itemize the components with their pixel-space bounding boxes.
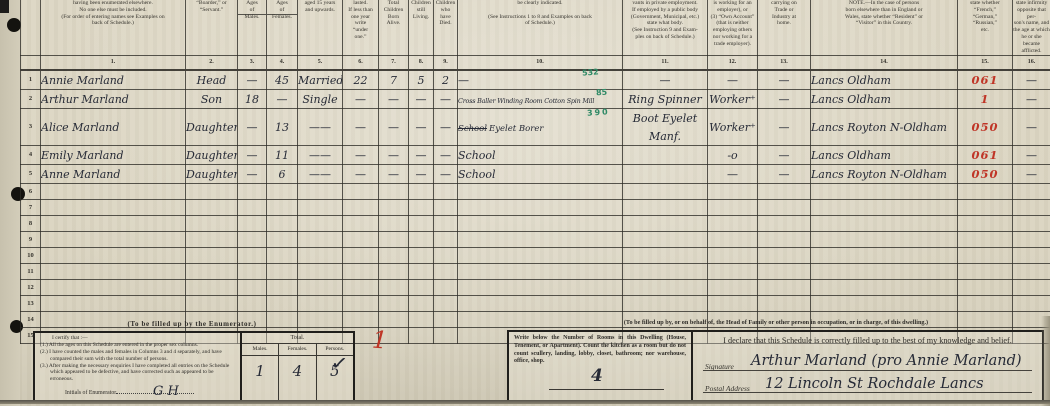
marriage-cell: ——: [298, 145, 343, 164]
column-header-4: Ages of Females.: [267, 0, 298, 55]
rooms-instruction: Write below the Number of Rooms in this …: [514, 335, 686, 364]
entry-text: —: [247, 74, 258, 87]
age-males-cell: [238, 263, 267, 279]
entry-text: ——: [309, 121, 331, 134]
table-row: 1Annie MarlandHead—45Married22752————Lan…: [21, 70, 1050, 90]
years-married-cell: [343, 199, 379, 215]
entry-text: Eyelet Borer: [489, 124, 543, 134]
column-number-13: 13.: [758, 55, 811, 70]
infirmity-cell: —: [1013, 108, 1050, 145]
industry-cell: [623, 279, 708, 295]
children-living-cell: [409, 295, 434, 311]
row-number: 2: [21, 89, 41, 108]
declaration-panel: I declare that this Schedule is correctl…: [693, 332, 1042, 401]
relationship-cell: [186, 215, 238, 231]
column-number-8: 8.: [409, 55, 434, 70]
marriage-cell: [298, 215, 343, 231]
occupation-cell: School: [458, 164, 623, 183]
entry-text: Alice Marland: [41, 121, 119, 134]
column-header-5: aged 15 years and upwards.: [298, 0, 343, 55]
row-number: 4: [21, 145, 41, 164]
column-number-15: 15.: [958, 55, 1013, 70]
age-males-cell: [238, 279, 267, 295]
total-checkmark: ✓: [329, 350, 349, 376]
entry-text: 050: [971, 120, 998, 134]
entry-text: —: [247, 168, 258, 181]
nationality-code-cell: [958, 263, 1013, 279]
nationality-code-cell: [958, 279, 1013, 295]
at-home-cell: [758, 231, 811, 247]
marriage-cell: ——: [298, 108, 343, 145]
entry-text: —: [355, 121, 366, 134]
entry-text: 18: [245, 93, 259, 106]
table-row: 12: [21, 279, 1050, 295]
employment-status-cell: [708, 247, 758, 263]
nationality-code-cell: 1: [958, 89, 1013, 108]
enumerator-initials-value: G H: [153, 385, 179, 398]
at-home-cell: [758, 183, 811, 199]
column-number-12: 12.: [708, 55, 758, 70]
age-females-cell: [267, 295, 298, 311]
at-home-cell: [758, 279, 811, 295]
entry-text: Arthur Marland: [41, 93, 129, 106]
years-married-cell: [343, 295, 379, 311]
column-number-16: 16.: [1013, 55, 1050, 70]
column-number-7: 7.: [379, 55, 409, 70]
years-married-cell: [343, 231, 379, 247]
name-cell: Alice Marland: [41, 108, 186, 145]
column-header-14: NOTE.—In the case of persons born elsewh…: [811, 0, 958, 55]
column-header-7: Total Children Born Alive.: [379, 0, 409, 55]
marriage-cell: [298, 279, 343, 295]
age-males-cell: —: [238, 108, 267, 145]
at-home-cell: [758, 295, 811, 311]
entry-text: 22: [354, 74, 368, 87]
entry-text: —: [660, 74, 671, 87]
rooms-panel: Write below the Number of Rooms in this …: [509, 332, 693, 401]
nationality-code-cell: [958, 183, 1013, 199]
column-header-16: state infirmity opposite that per- son's…: [1013, 0, 1050, 55]
employment-status-cell: [708, 183, 758, 199]
nationality-code-cell: 050: [958, 164, 1013, 183]
total-males-value: 1: [242, 356, 279, 400]
entry-text: —: [416, 93, 427, 106]
birthplace-cell: Lancs Oldham: [811, 70, 958, 90]
entry-text: 2: [442, 74, 449, 87]
row-number: 5: [21, 164, 41, 183]
employment-status-cell: Worker⁺: [708, 108, 758, 145]
entry-text: —: [388, 149, 399, 162]
relationship-cell: [186, 263, 238, 279]
children-died-cell: [434, 199, 458, 215]
entry-text: School: [458, 168, 496, 181]
infirmity-cell: —: [1013, 164, 1050, 183]
occupation-cell: [458, 183, 623, 199]
marriage-cell: ——: [298, 164, 343, 183]
age-females-cell: [267, 215, 298, 231]
nationality-code-cell: [958, 231, 1013, 247]
age-males-cell: [238, 215, 267, 231]
industry-cell: [623, 215, 708, 231]
entry-text: Worker⁺: [709, 121, 756, 134]
occupation-cell: [458, 215, 623, 231]
entry-text: —: [779, 74, 790, 87]
entry-text: —: [458, 74, 469, 87]
children-born-cell: [379, 183, 409, 199]
infirmity-cell: —: [1013, 145, 1050, 164]
age-females-cell: [267, 199, 298, 215]
birthplace-cell: [811, 183, 958, 199]
table-row: 5Anne MarlandDaughter—6——————School——Lan…: [21, 164, 1050, 183]
entry-text: -o: [727, 149, 737, 162]
entry-text: 061: [971, 73, 998, 87]
certify-item-2: (2.) I have counted the males and female…: [38, 349, 237, 363]
age-females-cell: 45: [267, 70, 298, 90]
industry-cell: [623, 247, 708, 263]
entry-text: ——: [309, 168, 331, 181]
enumerator-box: I certify that :— (1.) All the ages on t…: [33, 331, 355, 402]
entry-text: 45: [275, 74, 289, 87]
entry-text: Lancs Oldham: [811, 93, 891, 106]
struck-entry: School: [458, 124, 487, 134]
children-died-cell: 2: [434, 70, 458, 90]
age-males-cell: [238, 231, 267, 247]
nationality-code-cell: 061: [958, 145, 1013, 164]
entry-text: —: [1026, 93, 1037, 106]
years-married-cell: [343, 215, 379, 231]
nationality-code-cell: 050: [958, 108, 1013, 145]
name-cell: [41, 247, 186, 263]
industry-cell: Boot Eyelet Manf.: [623, 108, 708, 145]
birthplace-cell: [811, 215, 958, 231]
birthplace-cell: Lancs Oldham: [811, 89, 958, 108]
children-living-cell: [409, 279, 434, 295]
marriage-cell: [298, 247, 343, 263]
children-born-cell: —: [379, 145, 409, 164]
row-number: 7: [21, 199, 41, 215]
column-header-15: state whether “French,” “German,” “Russi…: [958, 0, 1013, 55]
children-living-cell: [409, 311, 434, 327]
at-home-cell: [758, 199, 811, 215]
enumerator-section-title: (To be filled up by the Enumerator.): [33, 320, 351, 328]
entry-text: Anne Marland: [41, 168, 120, 181]
industry-cell: [623, 199, 708, 215]
children-born-cell: [379, 311, 409, 327]
children-died-cell: [434, 215, 458, 231]
entry-text: Lancs Royton N-Oldham: [811, 121, 947, 134]
entry-text: —: [247, 149, 258, 162]
name-cell: Arthur Marland: [41, 89, 186, 108]
infirmity-cell: [1013, 279, 1050, 295]
relationship-cell: Son: [186, 89, 238, 108]
column-header-3: Ages of Males.: [238, 0, 267, 55]
children-living-cell: [409, 215, 434, 231]
at-home-cell: [758, 247, 811, 263]
row-number: 10: [21, 247, 41, 263]
children-died-cell: —: [434, 164, 458, 183]
industry-cell: [623, 295, 708, 311]
entry-text: —: [440, 168, 451, 181]
entry-text: 050: [971, 167, 998, 181]
column-header-1: having been enumerated elsewhere. No one…: [41, 0, 186, 55]
column-number-14: 14.: [811, 55, 958, 70]
employment-status-cell: —: [708, 164, 758, 183]
occupation-cell: [458, 263, 623, 279]
birthplace-cell: [811, 231, 958, 247]
entry-text: 6: [279, 168, 286, 181]
row-number: 9: [21, 231, 41, 247]
name-cell: [41, 263, 186, 279]
certify-item-1: (1.) All the ages on this Schedule are e…: [38, 342, 237, 349]
employment-status-cell: [708, 263, 758, 279]
children-living-cell: —: [409, 145, 434, 164]
marriage-cell: [298, 183, 343, 199]
entry-text: Single: [302, 93, 337, 106]
entry-text: Head: [197, 74, 227, 87]
table-row: 9: [21, 231, 1050, 247]
employment-status-cell: -o: [708, 145, 758, 164]
occupation-cell: [458, 199, 623, 215]
children-died-cell: [434, 311, 458, 327]
name-cell: Emily Marland: [41, 145, 186, 164]
relationship-cell: Daughter: [186, 145, 238, 164]
column-header-11: vants in private employment. If employed…: [623, 0, 708, 55]
column-header-2: “Boarder,” or “Servant.”: [186, 0, 238, 55]
entry-text: —: [779, 168, 790, 181]
employment-status-cell: Worker⁺: [708, 89, 758, 108]
children-died-cell: [434, 279, 458, 295]
entry-text: —: [779, 149, 790, 162]
children-died-cell: [434, 183, 458, 199]
age-females-cell: [267, 263, 298, 279]
nationality-code-cell: [958, 215, 1013, 231]
children-living-cell: —: [409, 108, 434, 145]
totals-header-females: Females.: [279, 344, 316, 355]
infirmity-cell: [1013, 247, 1050, 263]
entry-text: ——: [309, 149, 331, 162]
at-home-cell: [758, 263, 811, 279]
total-females-value: 4: [279, 356, 316, 400]
industry-cell: [623, 231, 708, 247]
children-born-cell: [379, 295, 409, 311]
children-living-cell: [409, 263, 434, 279]
birthplace-cell: [811, 295, 958, 311]
age-males-cell: —: [238, 145, 267, 164]
table-row: 8: [21, 215, 1050, 231]
employment-status-cell: [708, 295, 758, 311]
children-living-cell: [409, 231, 434, 247]
name-cell: [41, 199, 186, 215]
entry-text: —: [779, 121, 790, 134]
column-number-1: 1.: [41, 55, 186, 70]
nationality-code-cell: 061: [958, 70, 1013, 90]
totals-title: Total.: [242, 333, 353, 344]
table-row: 3Alice MarlandDaughter—13——————SchoolEye…: [21, 108, 1050, 145]
birthplace-cell: [811, 199, 958, 215]
entry-text: —: [1026, 168, 1037, 181]
entry-text: —: [727, 74, 738, 87]
infirmity-cell: [1013, 231, 1050, 247]
table-row: 2Arthur MarlandSon18—Single————Cross Bal…: [21, 89, 1050, 108]
entry-text: 13: [275, 121, 289, 134]
green-occupation-code: 85: [596, 88, 608, 98]
age-males-cell: —: [238, 164, 267, 183]
age-males-cell: [238, 199, 267, 215]
at-home-cell: [758, 215, 811, 231]
column-header-13: carrying on Trade or Industry at home.: [758, 0, 811, 55]
column-number-5: 5.: [298, 55, 343, 70]
years-married-cell: —: [343, 89, 379, 108]
row-number: 13: [21, 295, 41, 311]
entry-text: Lancs Royton N-Oldham: [811, 168, 947, 181]
birthplace-cell: [811, 279, 958, 295]
age-males-cell: —: [238, 70, 267, 90]
header-row: having been enumerated elsewhere. No one…: [21, 0, 1050, 55]
relationship-cell: Daughter: [186, 164, 238, 183]
infirmity-cell: —: [1013, 70, 1050, 90]
occupation-cell: [458, 295, 623, 311]
nationality-code-cell: [958, 247, 1013, 263]
relationship-cell: Daughter: [186, 108, 238, 145]
rooms-underline: [549, 389, 664, 390]
children-living-cell: [409, 247, 434, 263]
at-home-cell: —: [758, 145, 811, 164]
entry-text: 5: [418, 74, 425, 87]
age-females-cell: —: [267, 89, 298, 108]
employment-status-cell: [708, 231, 758, 247]
children-living-cell: 5: [409, 70, 434, 90]
entry-text: Cross Baller Winding Room Cotton Spin Mi…: [458, 97, 594, 105]
at-home-cell: —: [758, 164, 811, 183]
row-number: 1: [21, 70, 41, 90]
nationality-code-cell: [958, 295, 1013, 311]
children-born-cell: —: [379, 164, 409, 183]
entry-text: —: [247, 121, 258, 134]
certify-intro: I certify that :—: [38, 335, 237, 342]
entry-text: Emily Marland: [41, 149, 124, 162]
row-number: 6: [21, 183, 41, 199]
row-number: 8: [21, 215, 41, 231]
entry-text: Lancs Oldham: [811, 74, 891, 87]
entry-text: Lancs Oldham: [811, 149, 891, 162]
children-born-cell: [379, 215, 409, 231]
column-number-6: 6.: [343, 55, 379, 70]
name-cell: [41, 183, 186, 199]
industry-cell: [623, 145, 708, 164]
employment-status-cell: [708, 199, 758, 215]
children-born-cell: [379, 247, 409, 263]
signature-underline: [703, 370, 1032, 371]
table-row: 7: [21, 199, 1050, 215]
industry-cell: [623, 263, 708, 279]
entry-text: 7: [390, 74, 397, 87]
entry-text: Boot Eyelet Manf.: [633, 112, 697, 143]
children-living-cell: —: [409, 89, 434, 108]
entry-text: —: [727, 168, 738, 181]
entry-text: —: [440, 149, 451, 162]
age-females-cell: [267, 247, 298, 263]
entry-text: 061: [971, 148, 998, 162]
years-married-cell: [343, 279, 379, 295]
row-number: 3: [21, 108, 41, 145]
name-cell: Anne Marland: [41, 164, 186, 183]
entry-text: Daughter: [186, 121, 238, 134]
age-females-cell: 11: [267, 145, 298, 164]
marriage-cell: Married: [298, 70, 343, 90]
children-born-cell: —: [379, 89, 409, 108]
marriage-cell: [298, 231, 343, 247]
entry-text: Married: [298, 74, 343, 87]
infirmity-cell: [1013, 183, 1050, 199]
entry-text: —: [1026, 74, 1037, 87]
entry-text: —: [388, 121, 399, 134]
birthplace-cell: Lancs Royton N-Oldham: [811, 108, 958, 145]
postal-address-underline: [703, 392, 1032, 393]
column-number-9: 9.: [434, 55, 458, 70]
nationality-code-cell: [958, 199, 1013, 215]
entry-text: —: [416, 149, 427, 162]
column-header-6: lasted. If less than one year write “und…: [343, 0, 379, 55]
children-died-cell: —: [434, 108, 458, 145]
birthplace-cell: Lancs Royton N-Oldham: [811, 164, 958, 183]
marriage-cell: [298, 199, 343, 215]
children-died-cell: [434, 231, 458, 247]
relationship-cell: [186, 231, 238, 247]
corner-mark: [0, 0, 9, 13]
occupation-cell: [458, 247, 623, 263]
green-occupation-code: 390: [587, 107, 610, 118]
employment-status-cell: [708, 279, 758, 295]
years-married-cell: [343, 247, 379, 263]
employment-status-cell: —: [708, 70, 758, 90]
children-died-cell: [434, 295, 458, 311]
birthplace-cell: Lancs Oldham: [811, 145, 958, 164]
occupation-cell: [458, 231, 623, 247]
children-born-cell: [379, 199, 409, 215]
industry-cell: Ring Spinner: [623, 89, 708, 108]
entry-text: School: [458, 149, 496, 162]
children-born-cell: [379, 231, 409, 247]
column-number-4: 4.: [267, 55, 298, 70]
column-header-9: Children who have Died.: [434, 0, 458, 55]
infirmity-cell: [1013, 295, 1050, 311]
industry-cell: [623, 183, 708, 199]
age-females-cell: 6: [267, 164, 298, 183]
children-living-cell: —: [409, 164, 434, 183]
entry-text: —: [1026, 149, 1037, 162]
relationship-cell: [186, 183, 238, 199]
entry-text: —: [388, 93, 399, 106]
occupation-cell: School: [458, 145, 623, 164]
column-number-row: 1.2.3.4.5.6.7.8.9.10.11.12.13.14.15.16.: [21, 55, 1050, 70]
age-females-cell: 13: [267, 108, 298, 145]
marriage-cell: [298, 295, 343, 311]
at-home-cell: —: [758, 89, 811, 108]
children-living-cell: [409, 199, 434, 215]
at-home-cell: —: [758, 108, 811, 145]
infirmity-cell: —: [1013, 89, 1050, 108]
children-died-cell: [434, 327, 458, 343]
householder-box: Write below the Number of Rooms in this …: [507, 330, 1044, 403]
column-header-8: Children still Living.: [409, 0, 434, 55]
entry-text: 11: [275, 149, 289, 162]
years-married-cell: —: [343, 164, 379, 183]
totals-header-males: Males.: [242, 344, 279, 355]
infirmity-cell: [1013, 215, 1050, 231]
paper-bottom-edge: [0, 400, 1050, 404]
entry-text: —: [355, 149, 366, 162]
table-row: 6: [21, 183, 1050, 199]
